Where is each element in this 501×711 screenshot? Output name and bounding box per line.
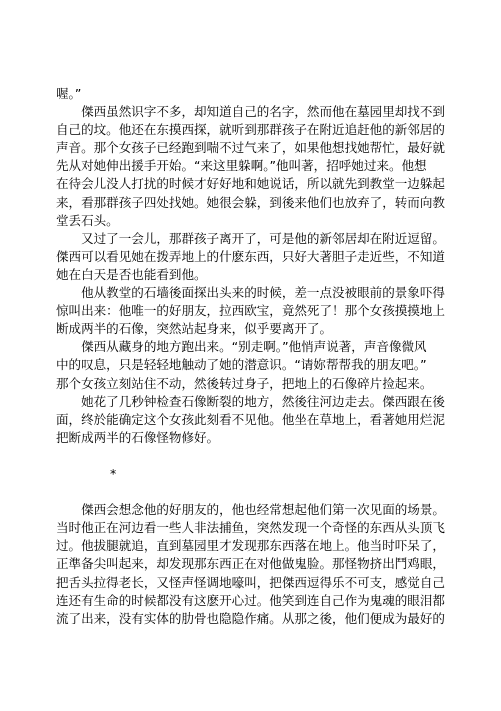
text-line: 傑西会想念他的好朋友的，他也经常想起他们第一次见面的场景。 — [56, 501, 446, 519]
paragraph: 喔。” — [56, 85, 446, 103]
text-line: 过。他拔腿就追，直到墓园里才发现那东西落在地上。他当时吓呆了， — [56, 537, 446, 555]
text-line: 堂丢石头。 — [56, 212, 446, 230]
paragraph: 她花了几秒钟检查石像断裂的地方，然後往河边走去。傑西跟在後面，终於能确定这个女孩… — [56, 393, 446, 447]
text-line: 自己的坟。他还在东摸西探，就听到那群孩子在附近追赶他的新邻居的 — [56, 121, 446, 139]
text-line: 把舌头拉得老长，又怪声怪调地嚎叫，把傑西逗得乐不可支，感觉自己 — [56, 574, 446, 592]
text-line: 来，看那群孩子四处找她。她很会躲，到後来他们也放弃了，转而向教 — [56, 194, 446, 212]
text-line: 她在白天是否也能看到他。 — [56, 266, 446, 284]
text-line: 中的叹息，只是轻轻地触动了她的潜意识。“请妳帮帮我的朋友吧。” — [56, 356, 446, 374]
text-line: 面，终於能确定这个女孩此刻看不见他。他坐在草地上，看著她用烂泥 — [56, 411, 446, 429]
text-line: 当时他正在河边看一些人非法捕鱼，突然发现一个奇怪的东西从头顶飞 — [56, 519, 446, 537]
section-separator: * — [56, 465, 446, 483]
text-line: 又过了一会儿，那群孩子离开了，可是他的新邻居却在附近逗留。 — [56, 230, 446, 248]
paragraph: 傑西虽然识字不多，却知道自己的名字，然而他在墓园里却找不到自己的坟。他还在东摸西… — [56, 103, 446, 230]
text-line: 断成两半的石像，突然站起身来，似乎要离开了。 — [56, 320, 446, 338]
book-page: 喔。”傑西虽然识字不多，却知道自己的名字，然而他在墓园里却找不到自己的坟。他还在… — [0, 0, 501, 711]
text-line: 喔。” — [56, 85, 446, 103]
text-line: 她花了几秒钟检查石像断裂的地方，然後往河边走去。傑西跟在後 — [56, 393, 446, 411]
paragraph: 傑西从藏身的地方跑出来。“别走啊。”他悄声说著，声音像微风中的叹息，只是轻轻地触… — [56, 338, 446, 392]
text-line: 声音。那个女孩子已经跑到喘不过气来了，如果他想找她帮忙，最好就 — [56, 139, 446, 157]
text-line: 那个女孩立刻站住不动，然後转过身子，把地上的石像碎片捡起来。 — [56, 375, 446, 393]
text-line: 把断成两半的石像怪物修好。 — [56, 429, 446, 447]
text-line: 傑西从藏身的地方跑出来。“别走啊。”他悄声说著，声音像微风 — [56, 338, 446, 356]
text-line: 正準备尖叫起来，却发现那东西正在对他做鬼脸。那怪物挤出鬥鸡眼， — [56, 555, 446, 573]
text-line: 惊叫出来：他唯一的好朋友，拉西欧宝，竟然死了！那个女孩摸摸地上 — [56, 302, 446, 320]
text-line: 在待会儿没人打扰的时候才好好地和她说话，所以就先到教堂一边躲起 — [56, 175, 446, 193]
paragraph: 又过了一会儿，那群孩子离开了，可是他的新邻居却在附近逗留。傑西可以看见她在拨弄地… — [56, 230, 446, 284]
text-line: 先从对她伸出援手开始。“来这里躲啊。”他叫著，招呼她过来。他想 — [56, 157, 446, 175]
text-line: 傑西虽然识字不多，却知道自己的名字，然而他在墓园里却找不到 — [56, 103, 446, 121]
text-line: 他从教堂的石墙後面探出头来的时候，差一点没被眼前的景象吓得 — [56, 284, 446, 302]
paragraph: 傑西会想念他的好朋友的，他也经常想起他们第一次见面的场景。当时他正在河边看一些人… — [56, 501, 446, 628]
text-line: 流了出来，没有实体的肋骨也隐隐作痛。从那之後，他们便成为最好的 — [56, 610, 446, 628]
paragraph: 他从教堂的石墙後面探出头来的时候，差一点没被眼前的景象吓得惊叫出来：他唯一的好朋… — [56, 284, 446, 338]
text-line: 连还有生命的时候都没有这麽开心过。他笑到连自己作为鬼魂的眼泪都 — [56, 592, 446, 610]
text-line: 傑西可以看见她在拨弄地上的什麽东西，只好大著胆子走近些，不知道 — [56, 248, 446, 266]
